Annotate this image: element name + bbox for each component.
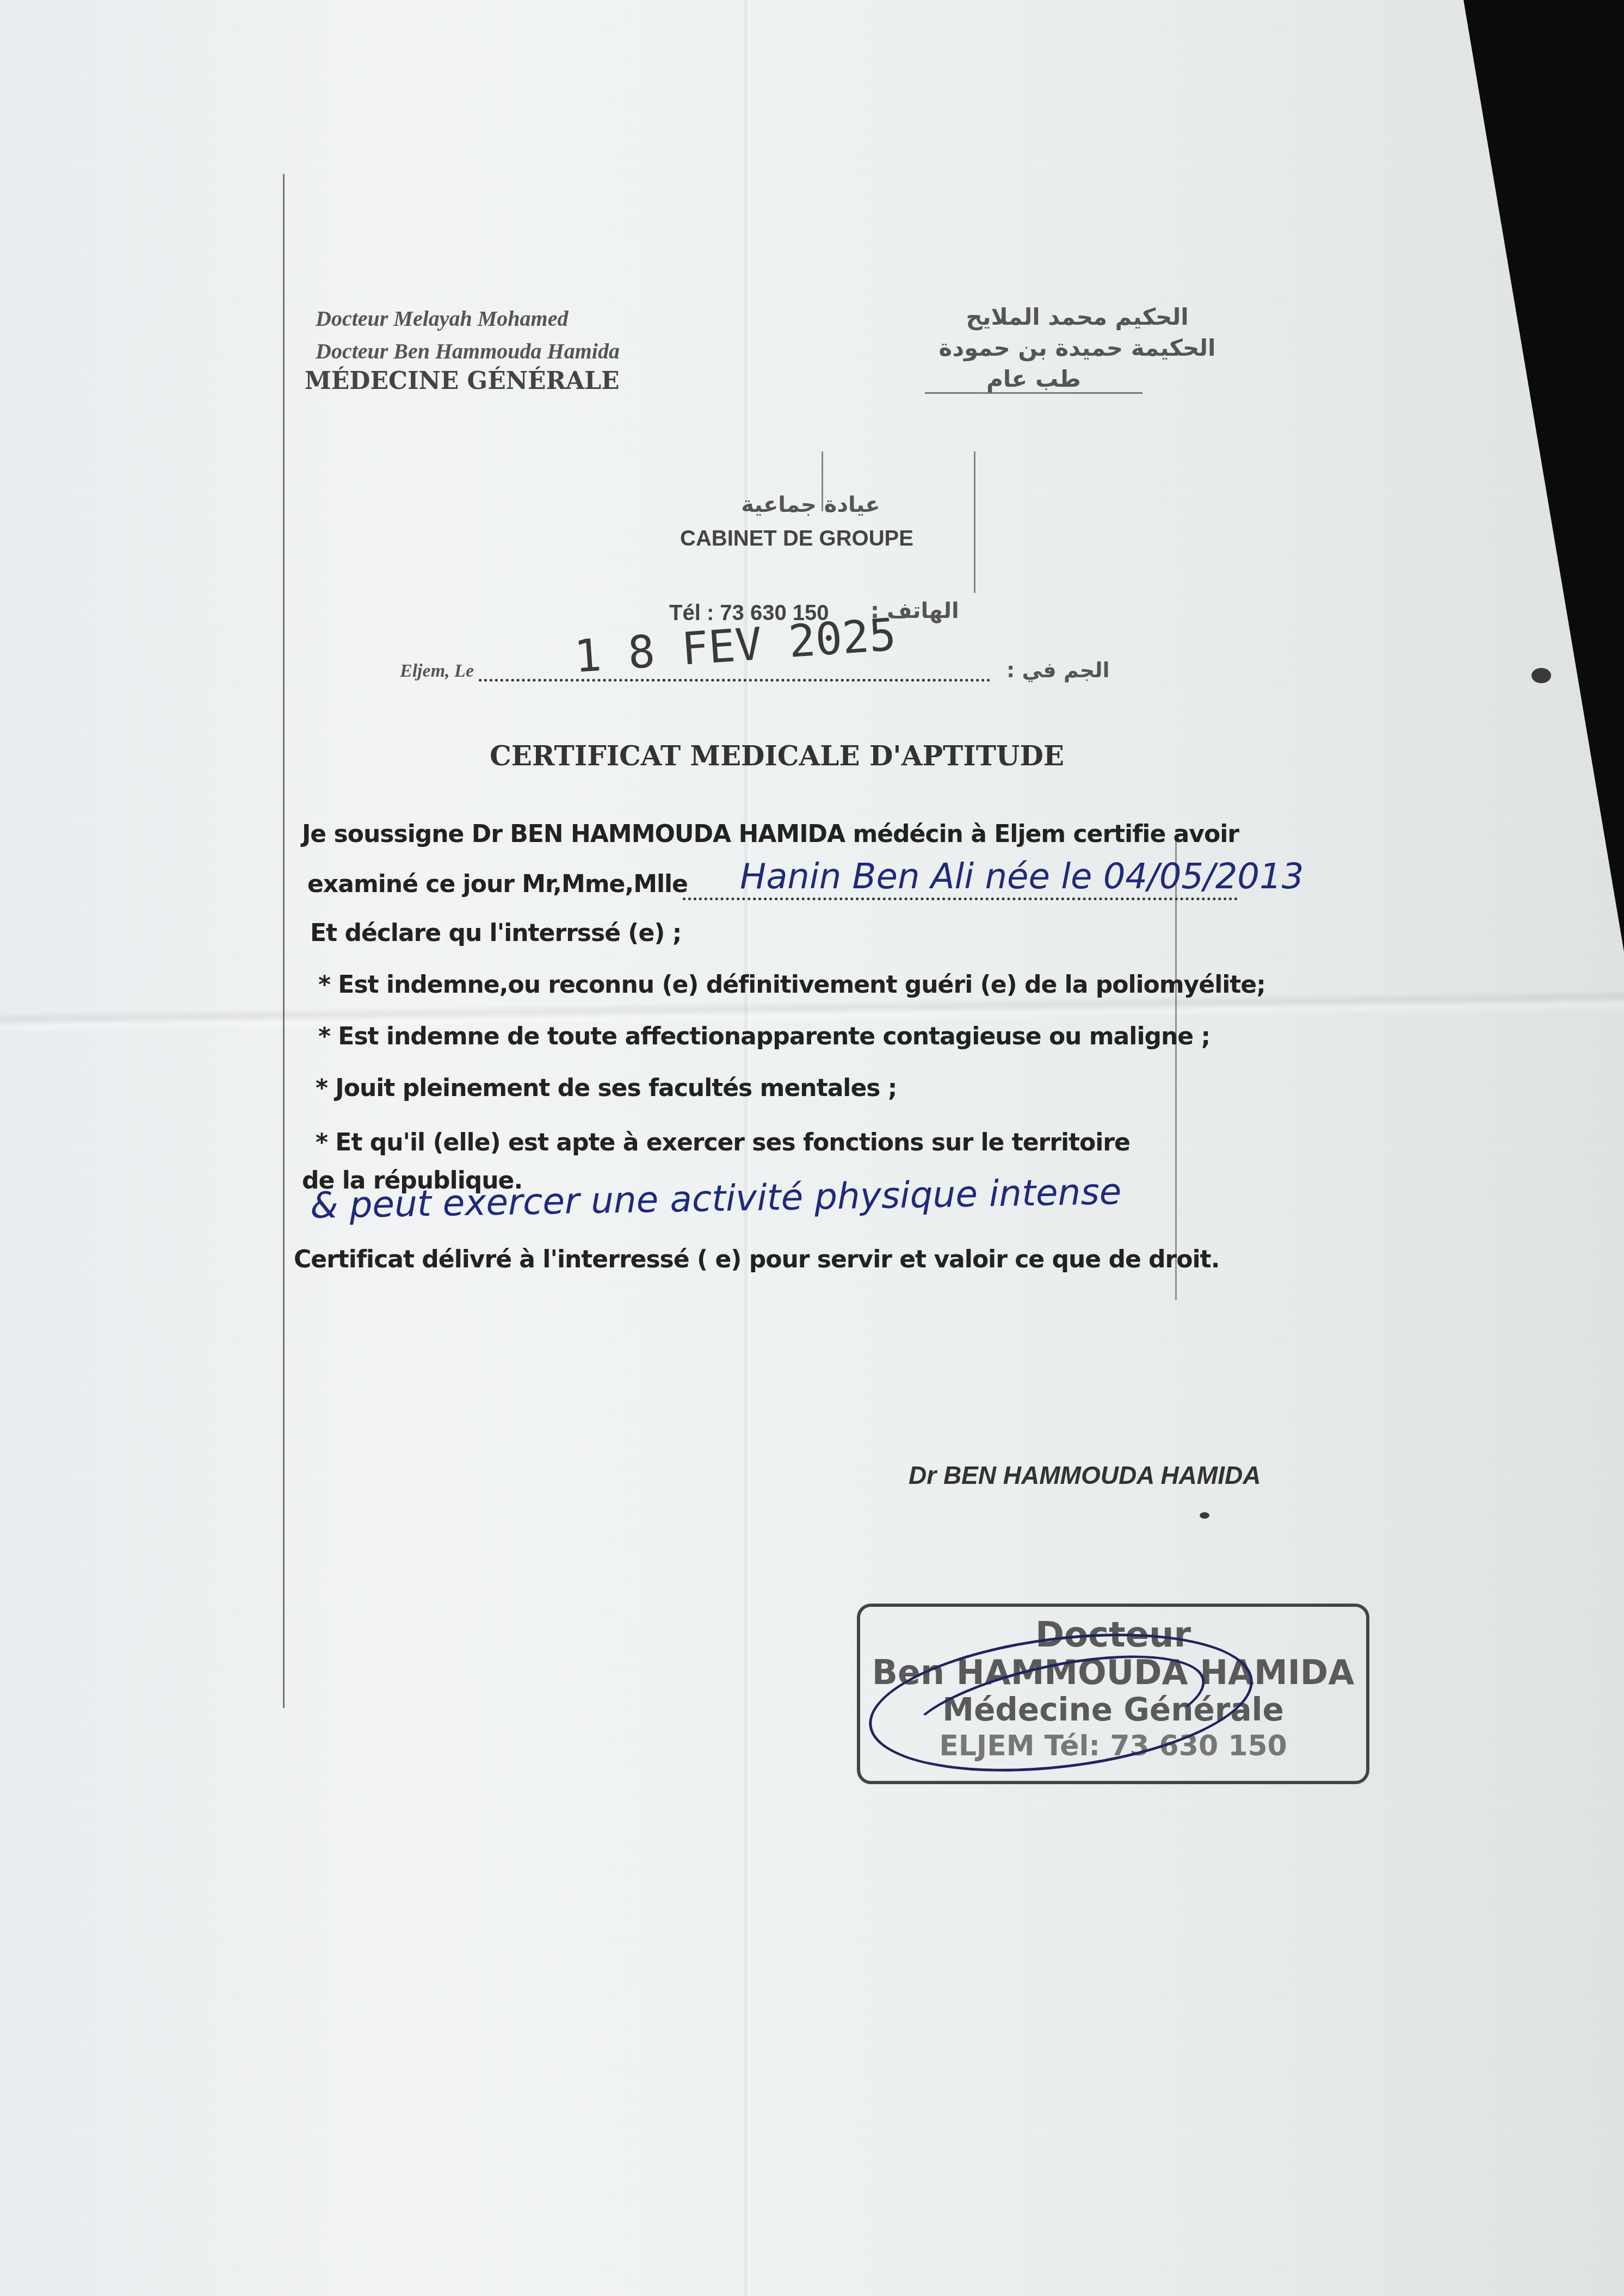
place-label: Eljem, Le xyxy=(400,661,474,682)
declaration-line: Et déclare qu l'interrssé (e) ; xyxy=(310,919,681,947)
certificate-title: CERTIFICAT MEDICALE D'APTITUDE xyxy=(490,740,1064,772)
ink-spot xyxy=(1532,668,1551,683)
examined-label: examiné ce jour Mr,Mme,Mlle xyxy=(307,870,688,898)
certificate-paper: Docteur Melayah Mohamed Docteur Ben Hamm… xyxy=(0,0,1624,2296)
date-label-ar: الجم في : xyxy=(1006,658,1109,682)
letterhead-doctor-2: Docteur Ben Hammouda Hamida xyxy=(316,338,620,364)
margin-rule xyxy=(283,174,285,1708)
letterhead-doctor-1: Docteur Melayah Mohamed xyxy=(316,306,568,331)
closing-statement: Certificat délivré à l'interressé ( e) p… xyxy=(294,1246,1219,1273)
patient-dotted-line xyxy=(683,898,1238,900)
ink-spot xyxy=(1200,1512,1209,1519)
letterhead-specialty-ar: طب عام xyxy=(925,366,1143,394)
certificate-intro: Je soussigne Dr BEN HAMMOUDA HAMIDA médé… xyxy=(302,820,1239,848)
letterhead-specialty: MÉDECINE GÉNÉRALE xyxy=(305,367,620,395)
date-dotted-line xyxy=(479,679,990,682)
cabinet-title: CABINET DE GROUPE xyxy=(680,527,913,551)
vertical-rule xyxy=(1175,838,1177,1300)
letterhead-doctor-ar-1: الحكيم محمد الملايح xyxy=(881,304,1273,330)
letterhead-doctor-ar-2: الحكيمة حميدة بن حمودة xyxy=(881,335,1273,361)
condition-item: * Jouit pleinement de ses facultés menta… xyxy=(316,1074,897,1102)
cabinet-ar: عيادة جماعية xyxy=(669,492,952,517)
signatory-name: Dr BEN HAMMOUDA HAMIDA xyxy=(909,1460,1261,1490)
patient-name-handwritten: Hanin Ben Ali née le 04/05/2013 xyxy=(740,857,1304,897)
condition-item: * Et qu'il (elle) est apte à exercer ses… xyxy=(316,1129,1130,1156)
date-stamp: 1 8 FEV 2025 xyxy=(572,609,898,683)
header-rule xyxy=(974,451,975,593)
condition-item: * Est indemne,ou reconnu (e) définitivem… xyxy=(318,971,1265,999)
condition-item: * Est indemne de toute affectionapparent… xyxy=(318,1023,1210,1050)
